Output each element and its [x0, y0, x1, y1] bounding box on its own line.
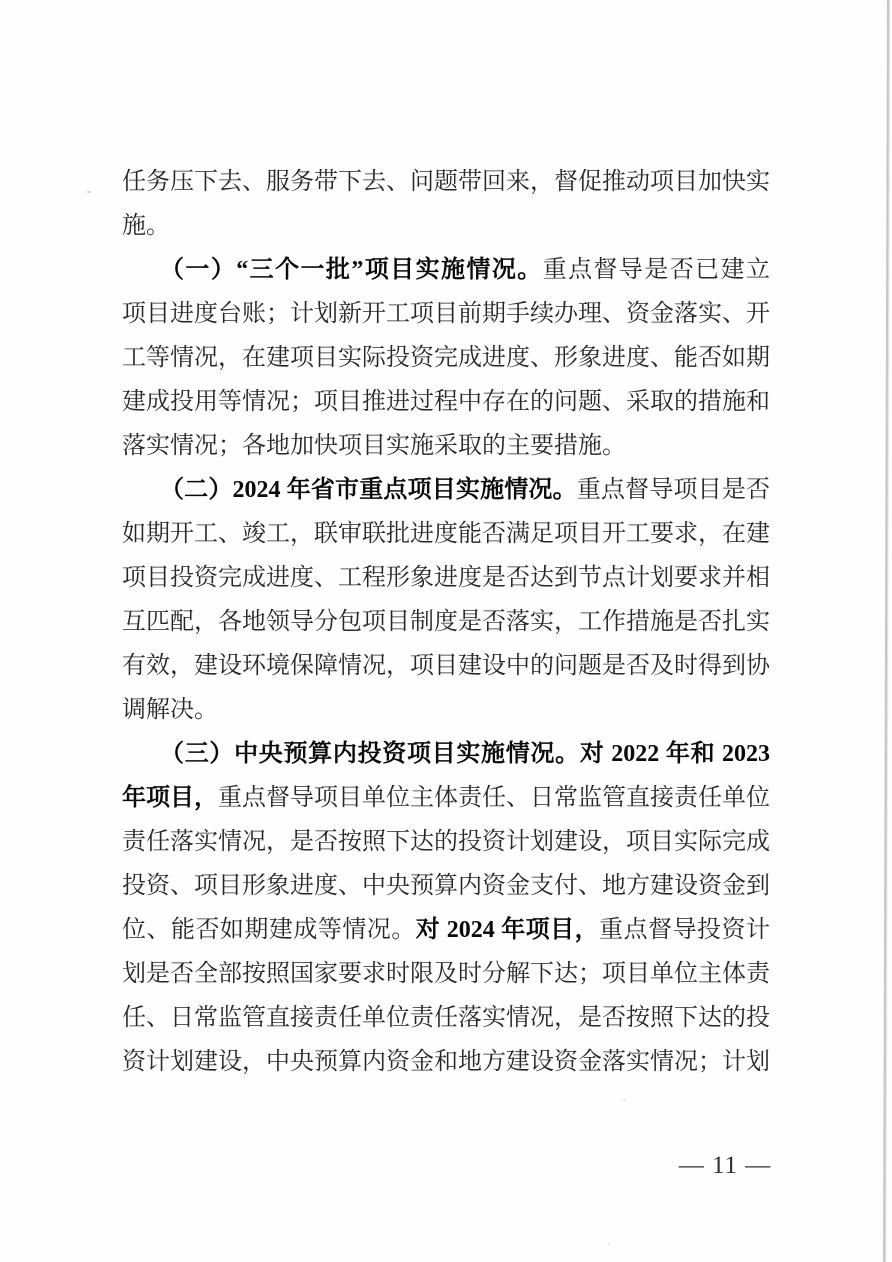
text-line: 施。: [122, 204, 770, 248]
text-line: 调解决。: [122, 688, 770, 732]
text-line: （一）“三个一批”项目实施情况。重点督导是否已建立: [122, 248, 770, 292]
bold-text-segment: 年项目，: [122, 785, 218, 811]
text-line: 责任落实情况，是否按照下达的投资计划建设，项目实际完成: [122, 820, 770, 864]
bold-text-segment: （一）“三个一批”项目实施情况。: [160, 257, 543, 283]
text-segment: 任务压下去、服务带下去、问题带回来，督促推动项目加快实: [122, 169, 770, 195]
bold-text-segment: 对 2024 年项目，: [416, 917, 599, 943]
text-line: 有效，建设环境保障情况，项目建设中的问题是否及时得到协: [122, 644, 770, 688]
text-line: 项目进度台账；计划新开工项目前期手续办理、资金落实、开: [122, 292, 770, 336]
text-line: 建成投用等情况；项目推进过程中存在的问题、采取的措施和: [122, 380, 770, 424]
text-line: 互匹配，各地领导分包项目制度是否落实，工作措施是否扎实: [122, 600, 770, 644]
text-segment: 互匹配，各地领导分包项目制度是否落实，工作措施是否扎实: [122, 609, 770, 635]
text-segment: 施。: [122, 213, 170, 239]
scan-speck: [87, 191, 91, 193]
text-line: 位、能否如期建成等情况。对 2024 年项目，重点督导投资计: [122, 908, 770, 952]
text-line: 任务压下去、服务带下去、问题带回来，督促推动项目加快实: [122, 160, 770, 204]
text-line: 划是否全部按照国家要求时限及时分解下达；项目单位主体责: [122, 952, 770, 996]
text-segment: 调解决。: [122, 697, 218, 723]
text-line: 任、日常监管直接责任单位责任落实情况，是否按照下达的投: [122, 996, 770, 1040]
text-segment: 落实情况；各地加快项目实施采取的主要措施。: [122, 433, 626, 459]
text-segment: 有效，建设环境保障情况，项目建设中的问题是否及时得到协: [122, 653, 770, 679]
text-segment: 责任落实情况，是否按照下达的投资计划建设，项目实际完成: [122, 829, 770, 855]
document-body: 任务压下去、服务带下去、问题带回来，督促推动项目加快实施。（一）“三个一批”项目…: [122, 160, 770, 1084]
text-line: 如期开工、竣工，联审联批进度能否满足项目开工要求，在建: [122, 512, 770, 556]
text-segment: 项目进度台账；计划新开工项目前期手续办理、资金落实、开: [122, 301, 770, 327]
text-line: 工等情况，在建项目实际投资完成进度、形象进度、能否如期: [122, 336, 770, 380]
text-segment: 划是否全部按照国家要求时限及时分解下达；项目单位主体责: [122, 961, 770, 987]
text-segment: 如期开工、竣工，联审联批进度能否满足项目开工要求，在建: [122, 521, 770, 547]
page-number: — 11 —: [650, 1150, 800, 1182]
bold-text-segment: （三）中央预算内投资项目实施情况。对 2022 年和 2023: [160, 741, 770, 767]
text-segment: 任、日常监管直接责任单位责任落实情况，是否按照下达的投: [122, 1005, 770, 1031]
text-line: （三）中央预算内投资项目实施情况。对 2022 年和 2023: [122, 732, 770, 776]
text-segment: 建成投用等情况；项目推进过程中存在的问题、采取的措施和: [122, 389, 770, 415]
text-segment: 项目投资完成进度、工程形象进度是否达到节点计划要求并相: [122, 565, 770, 591]
text-segment: 资计划建设，中央预算内资金和地方建设资金落实情况；计划: [122, 1049, 770, 1075]
text-line: （二）2024 年省市重点项目实施情况。重点督导项目是否: [122, 468, 770, 512]
scanned-document-page: 任务压下去、服务带下去、问题带回来，督促推动项目加快实施。（一）“三个一批”项目…: [0, 0, 892, 1262]
text-segment: 位、能否如期建成等情况。: [122, 917, 416, 943]
text-line: 落实情况；各地加快项目实施采取的主要措施。: [122, 424, 770, 468]
text-segment: 工等情况，在建项目实际投资完成进度、形象进度、能否如期: [122, 345, 770, 371]
text-segment: 重点督导投资计: [599, 917, 770, 943]
text-line: 资计划建设，中央预算内资金和地方建设资金落实情况；计划: [122, 1040, 770, 1084]
text-segment: 重点督导项目是否: [577, 477, 770, 503]
text-line: 投资、项目形象进度、中央预算内资金支付、地方建设资金到: [122, 864, 770, 908]
text-segment: 重点督导项目单位主体责任、日常监管直接责任单位: [218, 785, 770, 811]
scan-speck: [623, 1099, 626, 1101]
scan-speck: [607, 1243, 610, 1245]
text-segment: 重点督导是否已建立: [543, 257, 770, 283]
text-segment: 投资、项目形象进度、中央预算内资金支付、地方建设资金到: [122, 873, 770, 899]
scan-edge-artifact: [883, 0, 889, 1262]
text-line: 项目投资完成进度、工程形象进度是否达到节点计划要求并相: [122, 556, 770, 600]
bold-text-segment: （二）2024 年省市重点项目实施情况。: [160, 477, 577, 503]
text-line: 年项目，重点督导项目单位主体责任、日常监管直接责任单位: [122, 776, 770, 820]
